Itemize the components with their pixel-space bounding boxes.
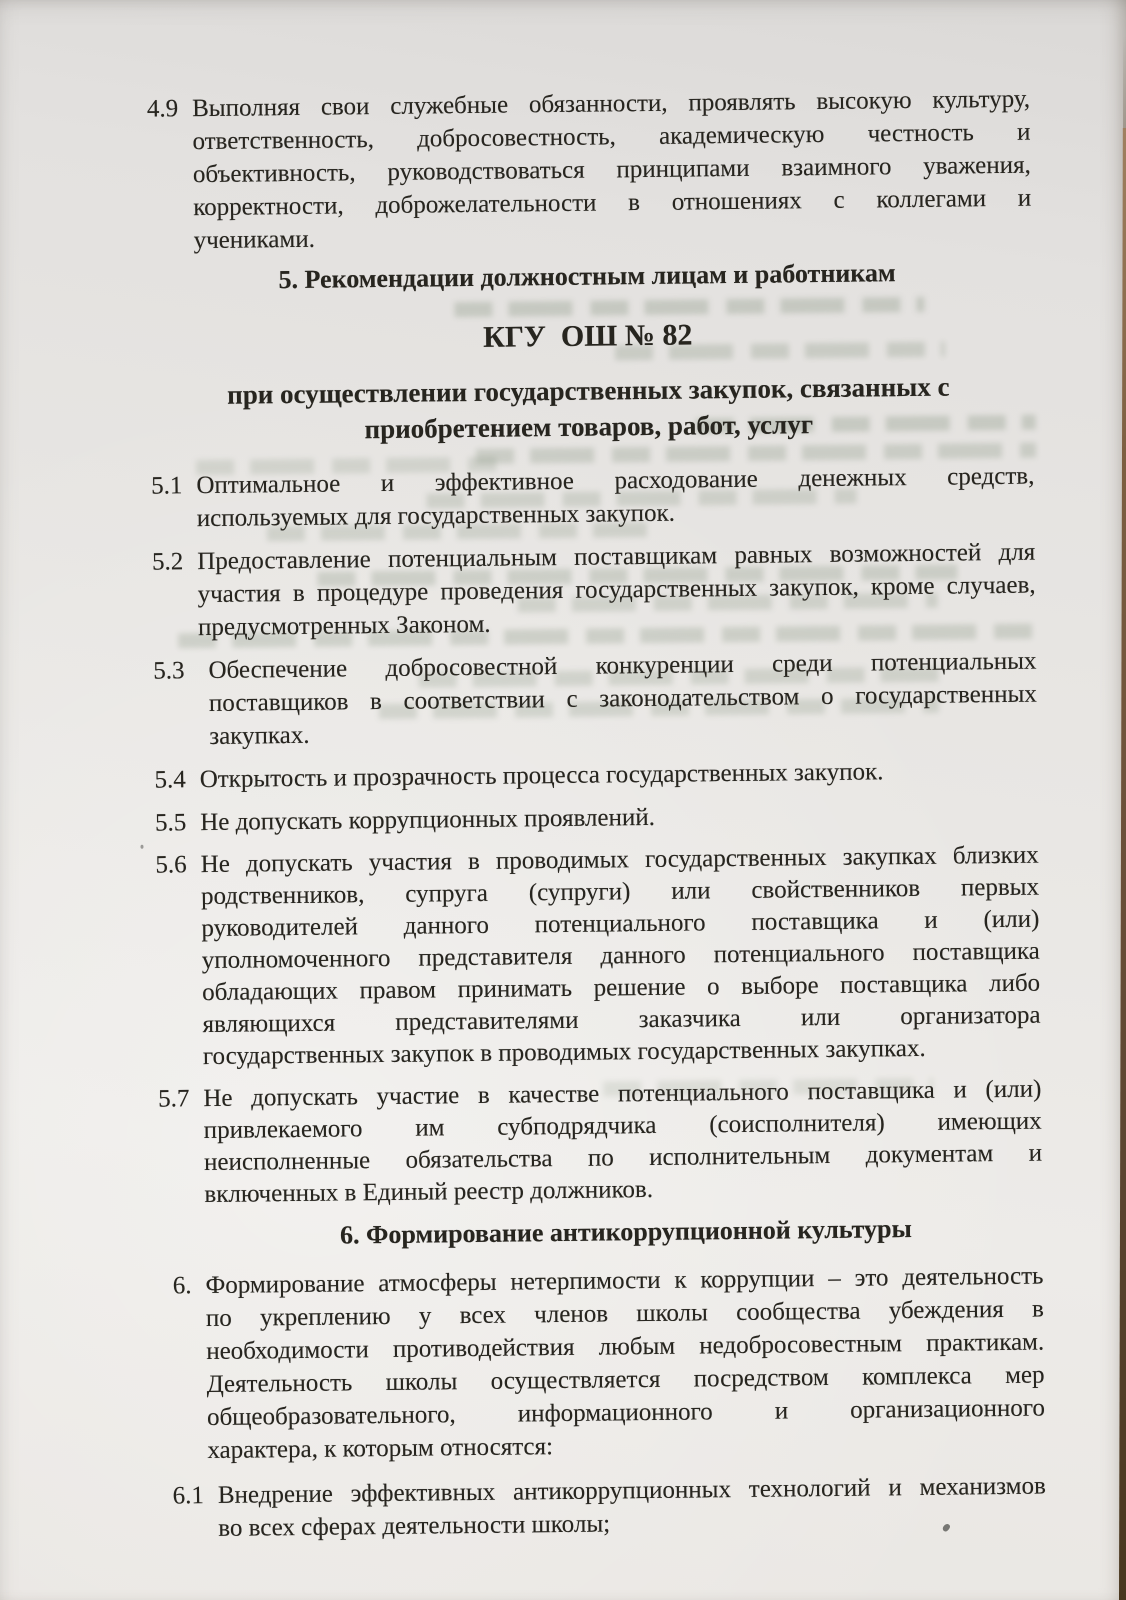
list-item-6-1: 6.1 Внедрение эффективных антикоррупцион…: [166, 1470, 1047, 1546]
list-item-5-1: 5.1 Оптимальное и эффективное расходован…: [144, 460, 1035, 536]
item-number: 5.4: [148, 763, 186, 796]
list-item-5-3: 5.3 Обеспечение добросовестной конкуренц…: [146, 645, 1037, 754]
item-number: 5.5: [148, 806, 186, 839]
list-item-5-7: 5.7 Не допускать участие в качестве поте…: [151, 1074, 1042, 1212]
text-line: Не допускать коррупционных проявлений.: [200, 797, 1038, 840]
item-number: 5.3: [146, 654, 184, 687]
item-number: 6.: [153, 1269, 191, 1302]
item-number: 6.1: [166, 1479, 204, 1512]
org-name-heading: КГУ ОШ № 82: [143, 312, 1033, 362]
item-number: 5.1: [144, 469, 182, 502]
ink-speck: [140, 845, 143, 849]
item-number: 5.2: [145, 545, 183, 578]
paragraph-item-4-9: 4.9 Выполняя свои служебные обязанности,…: [140, 83, 1032, 258]
paragraph-item-6: 6. Формирование атмосферы нетерпимости к…: [153, 1260, 1045, 1468]
item-number: 4.9: [140, 92, 178, 125]
section-5-subheading: при осуществлении государственных закупо…: [143, 368, 1034, 450]
text-line: Открытость и прозрачность процесса госуд…: [200, 754, 1038, 797]
section-6-heading: 6. Формирование антикоррупционной культу…: [181, 1209, 1071, 1255]
document-content: 4.9 Выполняя свои служебные обязанности,…: [140, 83, 1046, 1546]
item-number: 5.7: [151, 1083, 189, 1115]
list-item-5-2: 5.2 Предоставление потенциальным поставщ…: [145, 536, 1036, 645]
section-5-heading: 5. Рекомендации должностным лицам и рабо…: [142, 254, 1032, 300]
item-number: 5.6: [149, 849, 187, 881]
list-item-5-6: 5.6 Не допускать участия в проводимых го…: [149, 840, 1041, 1074]
list-item-5-4: 5.4 Открытость и прозрачность процесса г…: [148, 754, 1038, 797]
page-photo: 4.9 Выполняя свои служебные обязанности,…: [0, 0, 1126, 1600]
list-item-5-5: 5.5 Не допускать коррупционных проявлени…: [148, 797, 1038, 840]
